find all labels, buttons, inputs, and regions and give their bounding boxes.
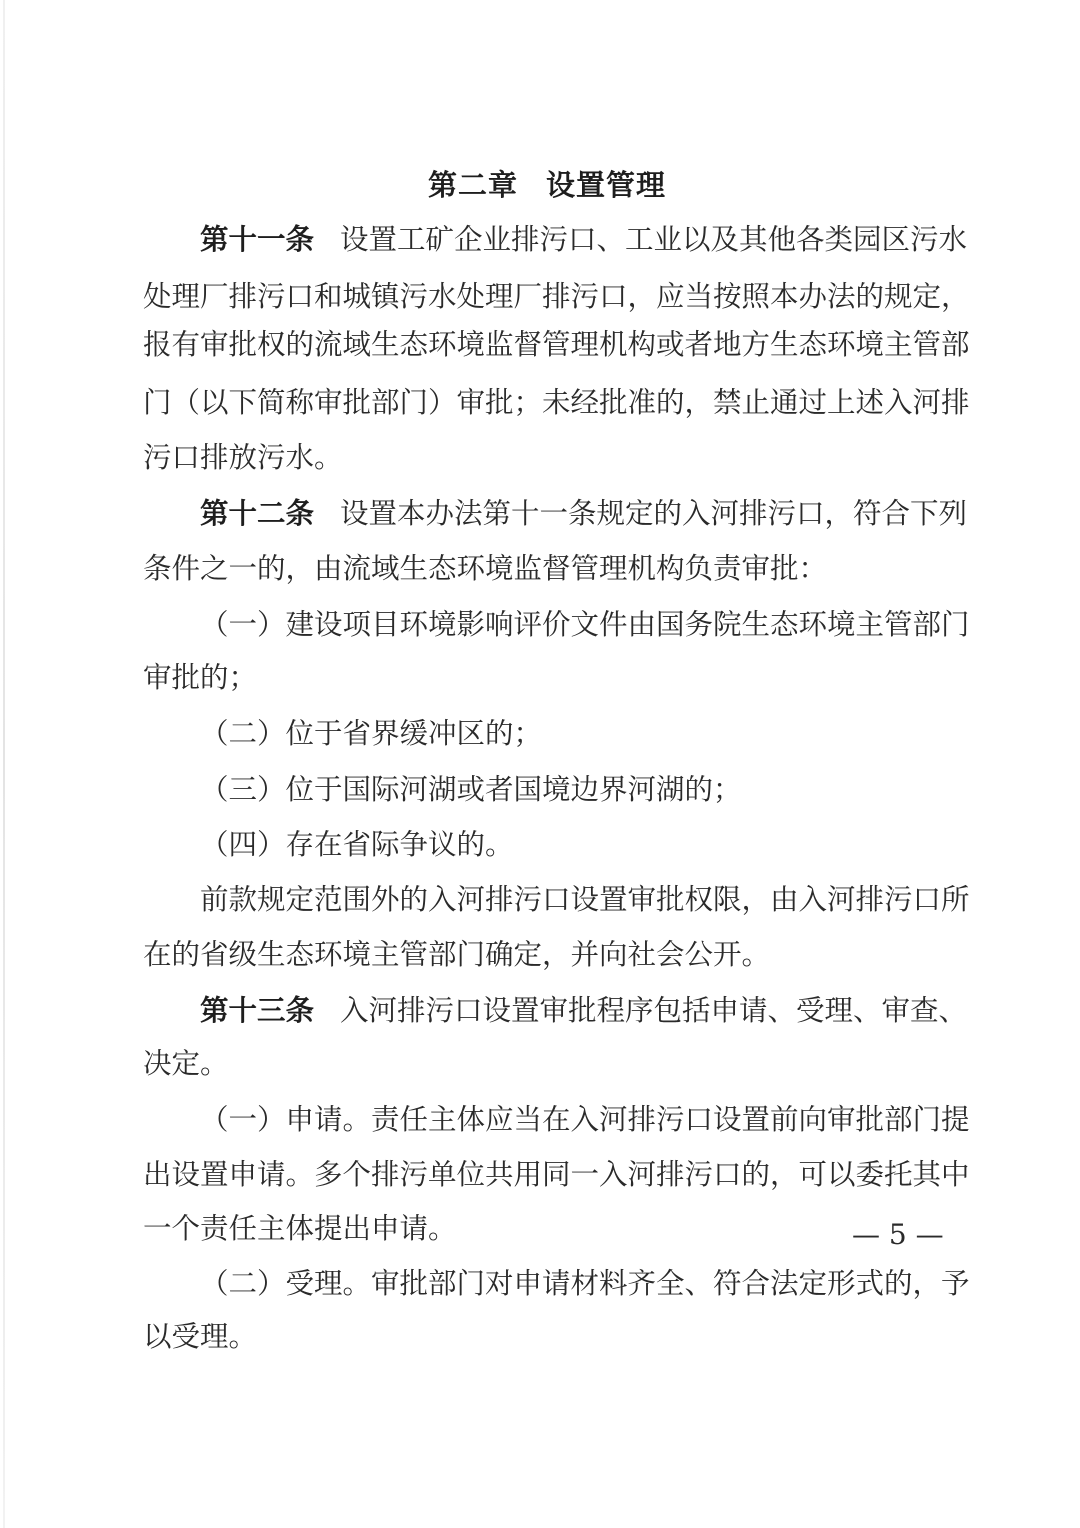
page-number: — 5 — (852, 1218, 944, 1251)
body-text-line: （一）申请。责任主体应当在入河排污口设置前向审批部门提 (143, 1100, 951, 1140)
line-text: （二）受理。审批部门对申请材料齐全、符合法定形式的，予 (200, 1267, 970, 1300)
scan-edge-shadow (3, 0, 5, 1528)
chapter-title: 第二章设置管理 (143, 163, 951, 204)
line-text: 审批的； (143, 661, 257, 694)
body-text-line: 以受理。 (143, 1317, 951, 1357)
body-text-line: 报有审批权的流域生态环境监督管理机构或者地方生态环境主管部 (143, 325, 951, 365)
line-text: 前款规定范围外的入河排污口设置审批权限，由入河排污口所 (200, 883, 970, 916)
article-number: 第十一条 (200, 223, 314, 256)
line-text: 在的省级生态环境主管部门确定，并向社会公开。 (143, 938, 770, 971)
article-heading-line: 第十三条入河排污口设置审批程序包括申请、受理、审查、 (143, 991, 951, 1031)
body-text-line: 处理厂排污口和城镇污水处理厂排污口，应当按照本办法的规定， (143, 277, 951, 317)
line-text: 报有审批权的流域生态环境监督管理机构或者地方生态环境主管部 (143, 328, 970, 361)
body-text-line: （二）受理。审批部门对申请材料齐全、符合法定形式的，予 (143, 1264, 951, 1304)
body-text-line: 门（以下简称审批部门）审批；未经批准的，禁止通过上述入河排 (143, 383, 951, 423)
line-text: 以受理。 (143, 1320, 257, 1353)
chapter-number: 第二章 (428, 168, 518, 202)
line-text: 设置工矿企业排污口、工业以及其他各类园区污水 (340, 223, 967, 256)
line-text: 条件之一的，由流域生态环境监督管理机构负责审批： (143, 552, 827, 585)
line-text: 处理厂排污口和城镇污水处理厂排污口，应当按照本办法的规定， (143, 280, 970, 313)
body-text-line: 出设置申请。多个排污单位共用同一入河排污口的，可以委托其中 (143, 1155, 951, 1195)
body-text-line: （三）位于国际河湖或者国境边界河湖的； (143, 770, 951, 810)
line-text: 决定。 (143, 1047, 229, 1080)
body-text-line: （二）位于省界缓冲区的； (143, 714, 951, 754)
article-heading-line: 第十二条设置本办法第十一条规定的入河排污口，符合下列 (143, 494, 951, 534)
body-text-line: 在的省级生态环境主管部门确定，并向社会公开。 (143, 935, 951, 975)
line-text: （一）申请。责任主体应当在入河排污口设置前向审批部门提 (200, 1103, 970, 1136)
line-text: （二）位于省界缓冲区的； (200, 717, 542, 750)
line-text: 出设置申请。多个排污单位共用同一入河排污口的，可以委托其中 (143, 1158, 970, 1191)
body-text-line: （四）存在省际争议的。 (143, 825, 951, 865)
line-text: 一个责任主体提出申请。 (143, 1212, 457, 1245)
body-text-line: （一）建设项目环境影响评价文件由国务院生态环境主管部门 (143, 605, 951, 645)
article-number: 第十二条 (200, 497, 314, 530)
line-text: 入河排污口设置审批程序包括申请、受理、审查、 (340, 994, 967, 1027)
body-text-line: 决定。 (143, 1044, 951, 1084)
line-text: （三）位于国际河湖或者国境边界河湖的； (200, 773, 742, 806)
line-text: 设置本办法第十一条规定的入河排污口，符合下列 (340, 497, 967, 530)
body-text-line: 污口排放污水。 (143, 438, 951, 478)
chapter-name: 设置管理 (546, 168, 666, 202)
line-text: 污口排放污水。 (143, 441, 343, 474)
article-number: 第十三条 (200, 994, 314, 1027)
line-text: （四）存在省际争议的。 (200, 828, 514, 861)
line-text: （一）建设项目环境影响评价文件由国务院生态环境主管部门 (200, 608, 970, 641)
line-text: 门（以下简称审批部门）审批；未经批准的，禁止通过上述入河排 (143, 386, 970, 419)
body-text-line: 前款规定范围外的入河排污口设置审批权限，由入河排污口所 (143, 880, 951, 920)
body-text-line: 条件之一的，由流域生态环境监督管理机构负责审批： (143, 549, 951, 589)
article-heading-line: 第十一条设置工矿企业排污口、工业以及其他各类园区污水 (143, 220, 951, 260)
body-text-line: 一个责任主体提出申请。 (143, 1209, 951, 1249)
body-text-line: 审批的； (143, 658, 951, 698)
